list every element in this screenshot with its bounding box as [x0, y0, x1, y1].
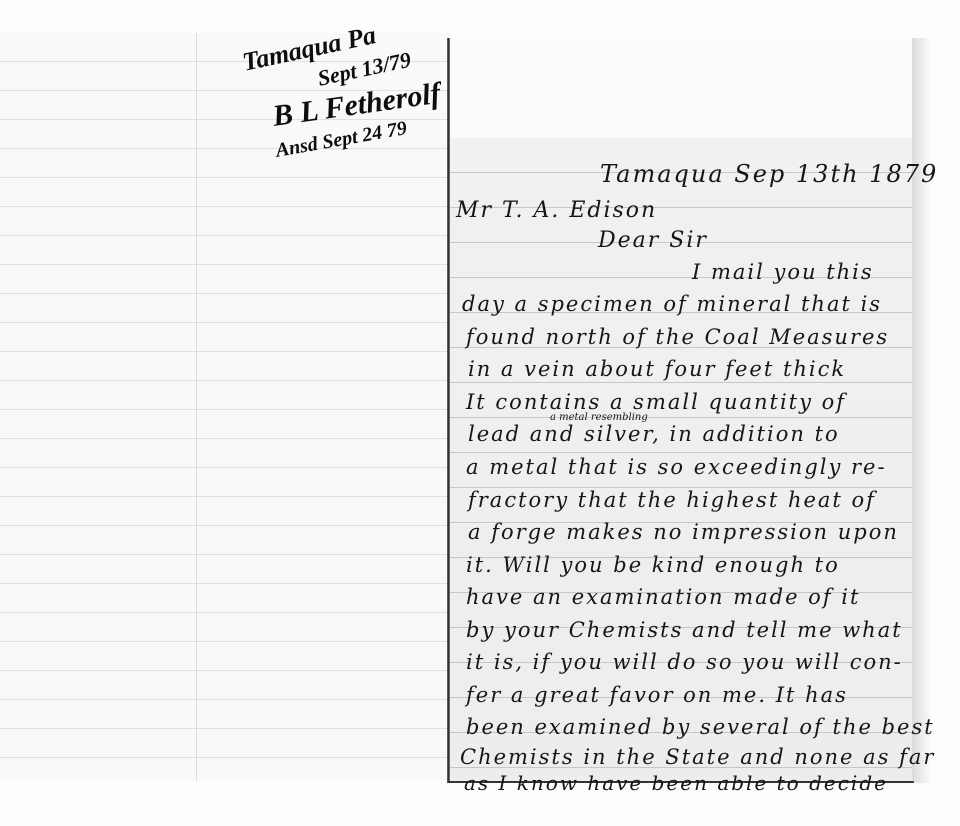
- letter-dateline: Tamaqua Sep 13th 1879: [600, 160, 938, 188]
- letter-line: have an examination made of it: [466, 585, 860, 609]
- letter-line: by your Chemists and tell me what: [466, 618, 903, 642]
- letter-line: found north of the Coal Measures: [466, 325, 889, 349]
- letter-line: it is, if you will do so you will con-: [466, 650, 903, 674]
- letter-salutation: Dear Sir: [598, 228, 708, 253]
- letter-line: fractory that the highest heat of: [468, 488, 876, 512]
- letter-line: in a vein about four feet thick: [468, 357, 846, 381]
- letter-line: a metal that is so exceedingly re-: [466, 455, 887, 479]
- letter-line: I mail you this: [692, 260, 874, 284]
- letter-line: It contains a small quantity of: [466, 390, 846, 414]
- letter-line: day a specimen of mineral that is: [462, 292, 882, 316]
- left-page-blank: [0, 33, 450, 781]
- letter-line: been examined by several of the best: [466, 715, 935, 739]
- letter-line: as I know have been able to decide: [464, 771, 888, 795]
- letter-line: Chemists in the State and none as far: [460, 745, 935, 769]
- letter-line: fer a great favor on me. It has: [466, 683, 848, 707]
- letter-addressee: Mr T. A. Edison: [456, 198, 657, 223]
- letter-line: a forge makes no impression upon: [468, 520, 899, 544]
- document-scan: Tamaqua Pa Sept 13/79 B L Fetherolf Ansd…: [0, 0, 960, 826]
- letter-line: it. Will you be kind enough to: [466, 553, 840, 577]
- letter-line: lead and silver, in addition to: [468, 422, 840, 446]
- page-shadow: [912, 38, 932, 783]
- page-fold-line: [196, 33, 197, 781]
